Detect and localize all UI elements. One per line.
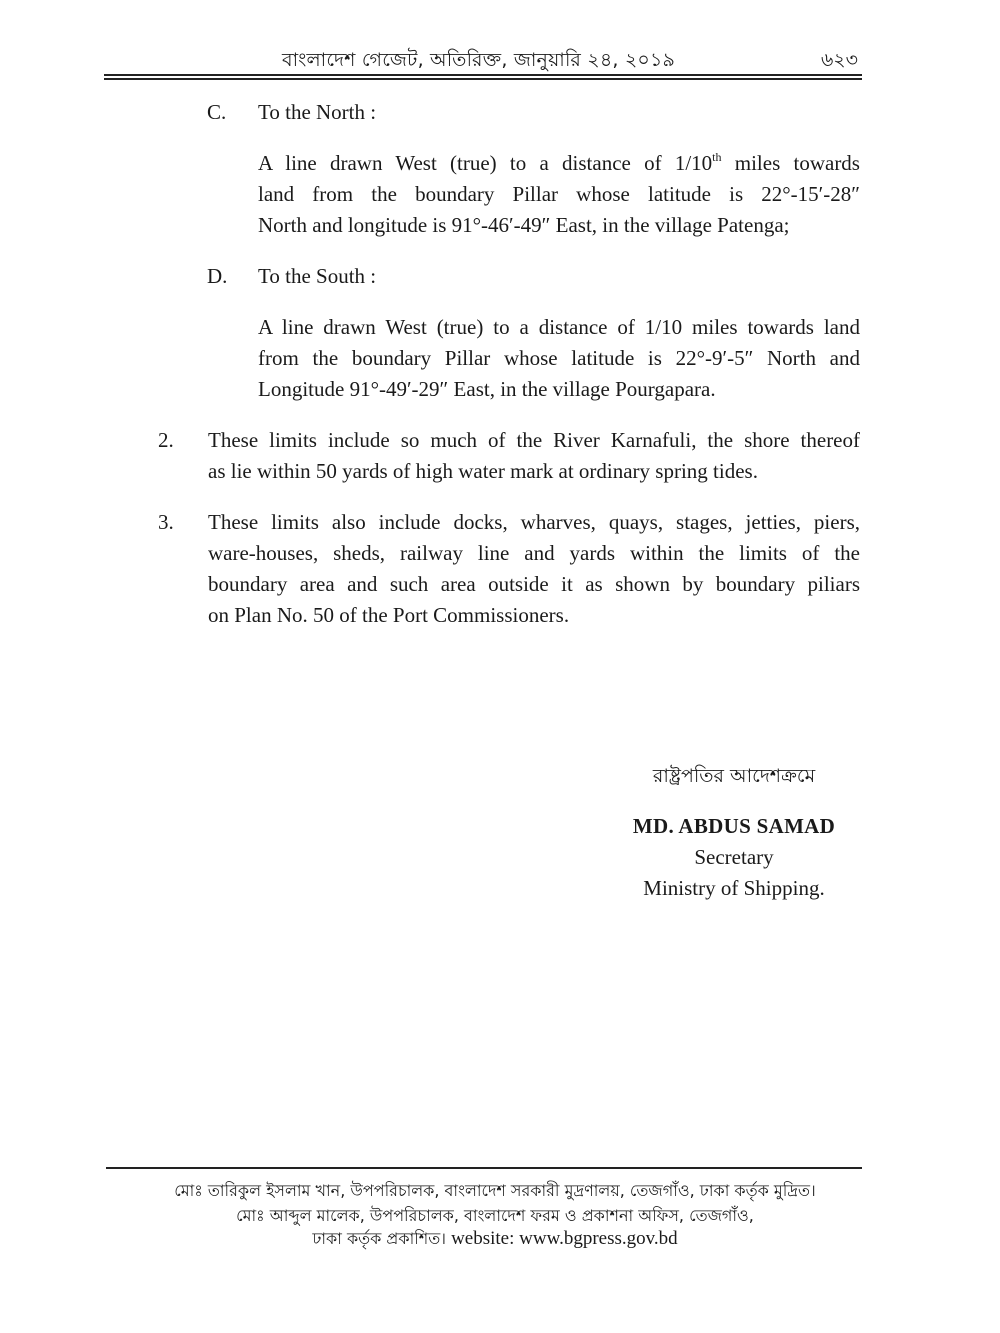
text: miles towards [722, 151, 860, 175]
footer-rule [106, 1167, 862, 1169]
section-c-heading: To the North : [258, 100, 376, 125]
section-d-line-2: from the boundary Pillar whose latitude … [258, 346, 860, 371]
section-d-line-3: Longitude 91°-49′-29″ East, in the villa… [258, 377, 716, 402]
superscript: th [712, 150, 721, 164]
section-c-line-3: North and longitude is 91°-46′-49″ East,… [258, 213, 789, 238]
clause-3-line-1: These limits also include docks, wharves… [208, 510, 860, 535]
footer-published-text: ঢাকা কর্তৃক প্রকাশিত। [312, 1229, 451, 1248]
section-d-line-1: A line drawn West (true) to a distance o… [258, 315, 860, 340]
clause-3-line-3: boundary area and such area outside it a… [208, 572, 860, 597]
clause-3-line-4: on Plan No. 50 of the Port Commissioners… [208, 603, 569, 628]
section-c-line-1: A line drawn West (true) to a distance o… [258, 151, 860, 176]
text: A line drawn West (true) to a distance o… [258, 151, 712, 175]
header-double-rule [104, 74, 862, 80]
footer-printer-line: মোঃ তারিকুল ইসলাম খান, উপপরিচালক, বাংলাদ… [100, 1178, 890, 1205]
footer-website-link[interactable]: website: www.bgpress.gov.bd [451, 1228, 678, 1249]
section-c-line-2: land from the boundary Pillar whose lati… [258, 182, 860, 207]
signatory-title: Secretary [584, 845, 884, 870]
clause-3-line-2: ware-houses, sheds, railway line and yar… [208, 541, 860, 566]
clause-2-line-1: These limits include so much of the Rive… [208, 428, 860, 453]
gazette-header: বাংলাদেশ গেজেট, অতিরিক্ত, জানুয়ারি ২৪, … [104, 44, 862, 70]
section-c-marker: C. [207, 100, 226, 125]
clause-2-line-2: as lie within 50 yards of high water mar… [208, 459, 758, 484]
section-d-marker: D. [207, 264, 227, 289]
signatory-name: MD. ABDUS SAMAD [584, 814, 884, 839]
by-order-of-president: রাষ্ট্রপতির আদেশক্রমে [584, 762, 884, 794]
footer-website-line: ঢাকা কর্তৃক প্রকাশিত। website: www.bgpre… [100, 1226, 890, 1253]
clause-2-number: 2. [158, 428, 174, 453]
signatory-organization: Ministry of Shipping. [584, 876, 884, 901]
section-d-heading: To the South : [258, 264, 376, 289]
clause-3-number: 3. [158, 510, 174, 535]
